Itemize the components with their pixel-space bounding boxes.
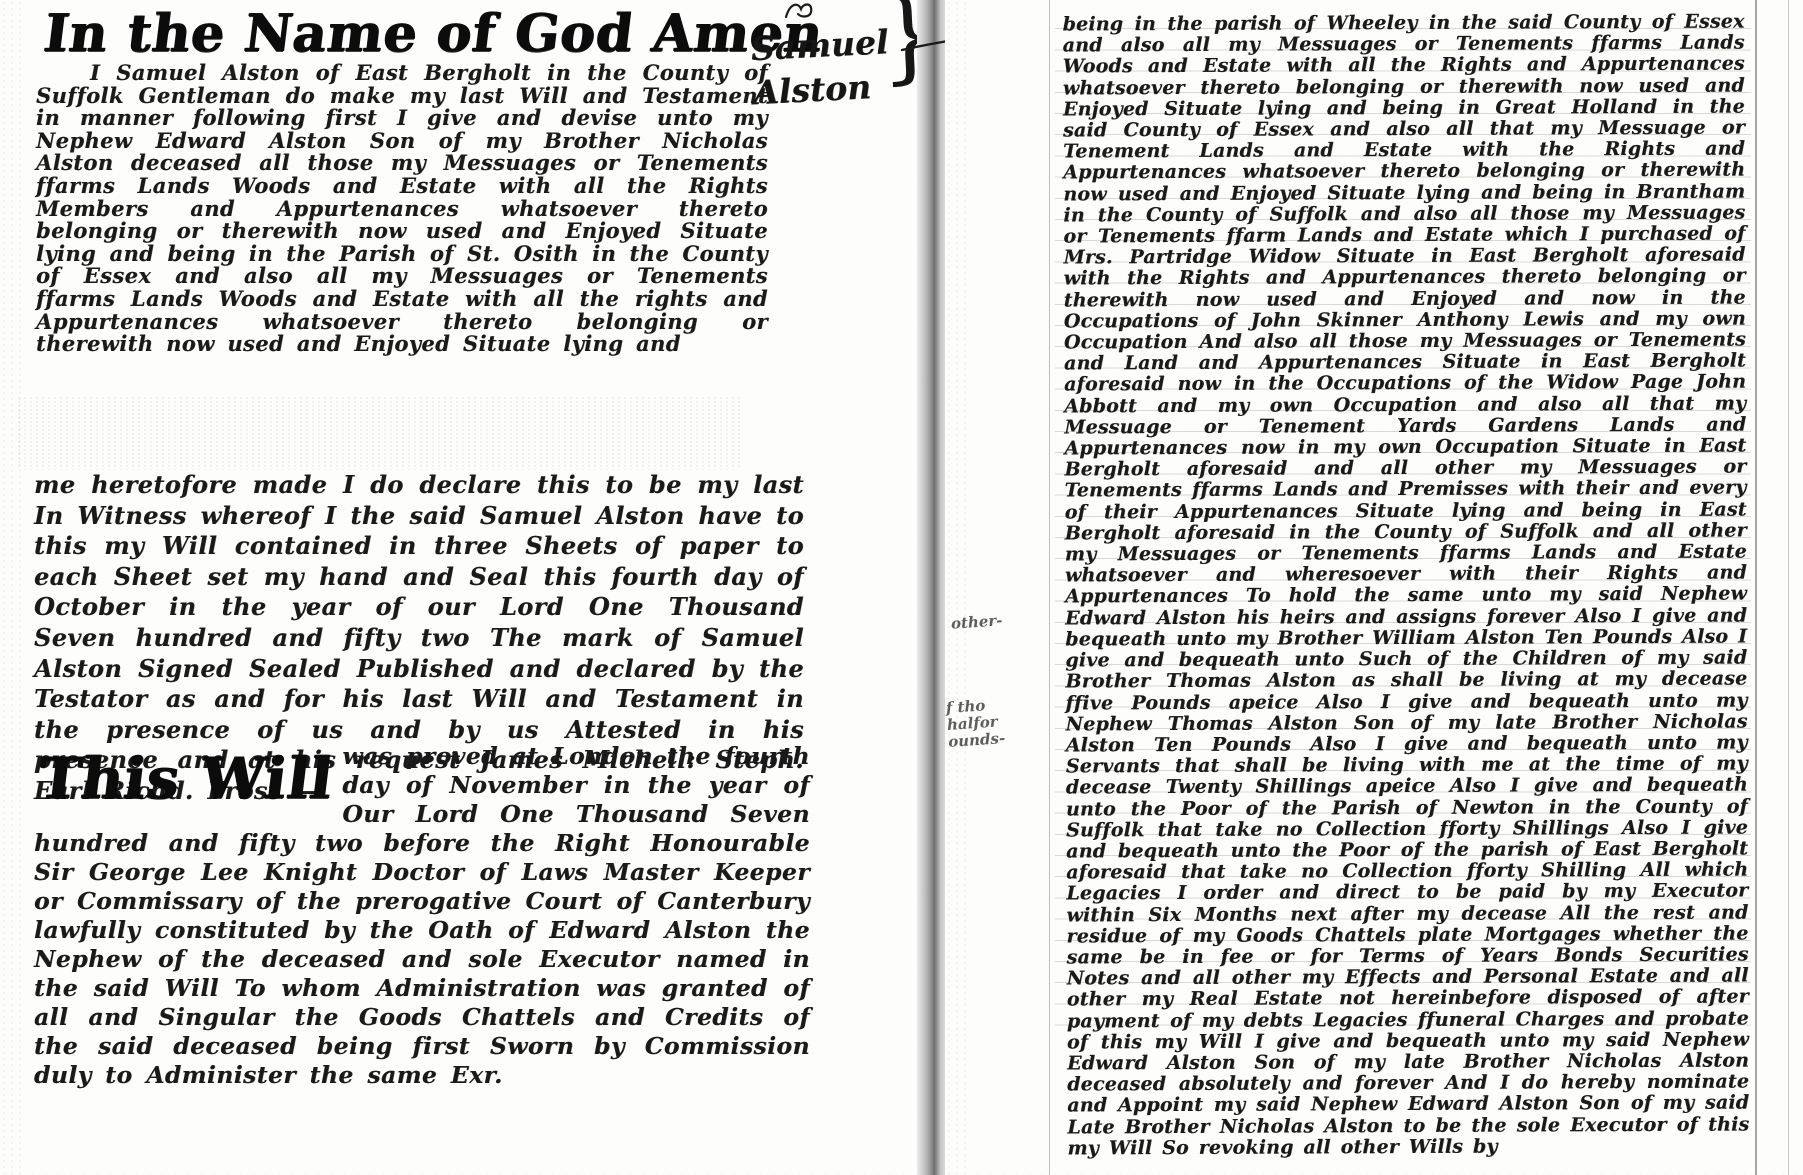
- right-margin-rule: [1788, 0, 1789, 1175]
- scan-smudge-band: [16, 396, 740, 470]
- will-opening-paragraph: I Samuel Alston of East Bergholt in the …: [36, 62, 768, 356]
- page-title: In the Name of God Amen: [40, 4, 826, 64]
- ink-squiggle-mark: [782, 0, 822, 20]
- margin-note-line: ounds-: [948, 730, 1006, 751]
- document-scan: In the Name of God Amen Samuel Alston } …: [0, 0, 1803, 1175]
- scan-edge-noise: [0, 0, 26, 1175]
- scan-edge-noise: [945, 0, 971, 1175]
- will-continuation-text: being in the parish of Wheeley in the sa…: [1063, 12, 1750, 1160]
- right-page: being in the parish of Wheeley in the sa…: [945, 0, 1803, 1175]
- margin-name-line: Samuel: [750, 21, 882, 72]
- margin-note: f tho halfor ounds-: [945, 696, 1005, 751]
- probate-heading: This Will: [34, 748, 336, 810]
- margin-note: other-: [950, 612, 1003, 633]
- testator-margin-name: Samuel Alston }: [750, 21, 884, 116]
- margin-name-line: Alston: [752, 65, 884, 116]
- probate-clause: This Will was proved at London the fourt…: [34, 742, 810, 1090]
- margin-note-line: other-: [950, 612, 1003, 633]
- left-page: In the Name of God Amen Samuel Alston } …: [0, 0, 917, 1175]
- page-gutter: [917, 0, 945, 1175]
